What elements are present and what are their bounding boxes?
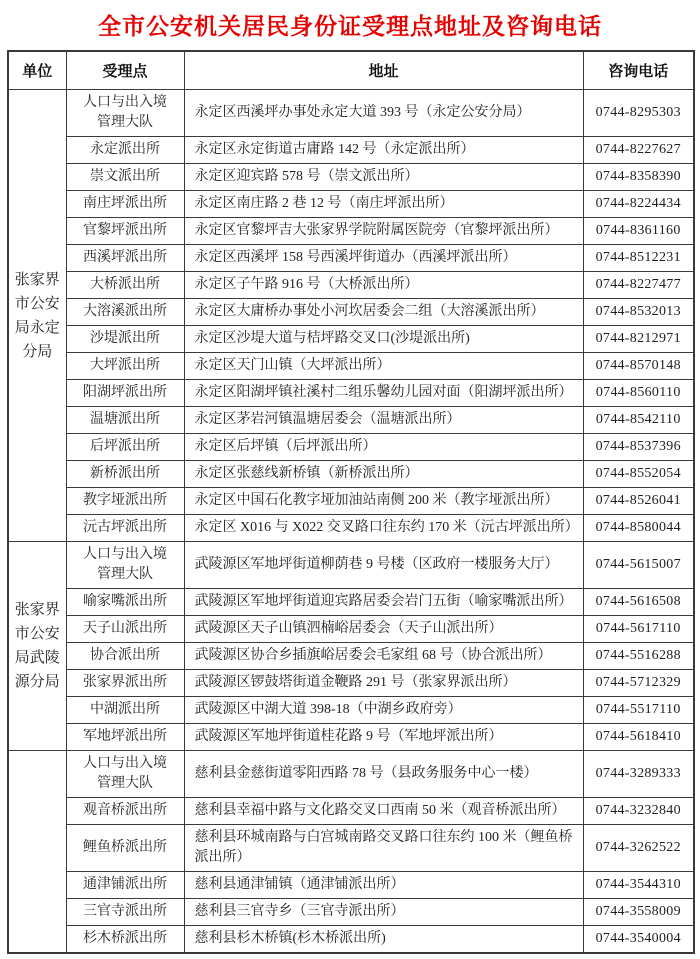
table-body: 张家界市公安局永定分局人口与出入境 管理大队永定区西溪坪办事处永定大道 393 … [8, 90, 694, 954]
address-cell: 永定区后坪镇（后坪派出所） [184, 434, 583, 461]
address-cell: 永定区西溪坪办事处永定大道 393 号（永定公安分局） [184, 90, 583, 137]
header-acceptance-point: 受理点 [66, 51, 184, 90]
phone-cell: 0744-8580044 [583, 515, 694, 542]
phone-cell: 0744-5618410 [583, 724, 694, 751]
phone-cell: 0744-8361160 [583, 218, 694, 245]
acceptance-point-cell: 人口与出入境 管理大队 [66, 751, 184, 798]
address-cell: 武陵源区军地坪街道桂花路 9 号（军地坪派出所） [184, 724, 583, 751]
table-row: 张家界市公安局武陵源分局人口与出入境 管理大队武陵源区军地坪街道柳荫巷 9 号楼… [8, 542, 694, 589]
page: 全市公安机关居民身份证受理点地址及咨询电话 单位 受理点 地址 咨询电话 张家界… [0, 0, 700, 959]
acceptance-point-cell: 永定派出所 [66, 137, 184, 164]
table-row: 崇文派出所永定区迎宾路 578 号（崇文派出所）0744-8358390 [8, 164, 694, 191]
address-cell: 永定区官黎坪吉大张家界学院附属医院旁（官黎坪派出所） [184, 218, 583, 245]
acceptance-point-cell: 军地坪派出所 [66, 724, 184, 751]
phone-cell: 0744-8532013 [583, 299, 694, 326]
acceptance-point-cell: 教字垭派出所 [66, 488, 184, 515]
address-cell: 武陵源区协合乡插旗峪居委会毛家组 68 号（协合派出所） [184, 643, 583, 670]
acceptance-point-cell: 天子山派出所 [66, 616, 184, 643]
acceptance-point-cell: 张家界派出所 [66, 670, 184, 697]
address-cell: 慈利县幸福中路与文化路交叉口西南 50 米（观音桥派出所） [184, 798, 583, 825]
phone-cell: 0744-8358390 [583, 164, 694, 191]
acceptance-point-cell: 沙堤派出所 [66, 326, 184, 353]
table-row: 张家界派出所武陵源区锣鼓塔街道金鞭路 291 号（张家界派出所）0744-571… [8, 670, 694, 697]
address-cell: 永定区南庄路 2 巷 12 号（南庄坪派出所） [184, 191, 583, 218]
phone-cell: 0744-8295303 [583, 90, 694, 137]
page-title: 全市公安机关居民身份证受理点地址及咨询电话 [7, 6, 693, 46]
table-row: 大坪派出所永定区天门山镇（大坪派出所）0744-8570148 [8, 353, 694, 380]
acceptance-point-cell: 鲤鱼桥派出所 [66, 825, 184, 872]
acceptance-point-cell: 大溶溪派出所 [66, 299, 184, 326]
address-cell: 永定区张慈线新桥镇（新桥派出所） [184, 461, 583, 488]
address-cell: 永定区茅岩河镇温塘居委会（温塘派出所） [184, 407, 583, 434]
address-cell: 永定区大庸桥办事处小河坎居委会二组（大溶溪派出所） [184, 299, 583, 326]
table-row: 大桥派出所永定区子午路 916 号（大桥派出所）0744-8227477 [8, 272, 694, 299]
acceptance-point-cell: 杉木桥派出所 [66, 926, 184, 954]
address-cell: 永定区沙堤大道与桔坪路交叉口(沙堤派出所) [184, 326, 583, 353]
table-row: 观音桥派出所慈利县幸福中路与文化路交叉口西南 50 米（观音桥派出所）0744-… [8, 798, 694, 825]
acceptance-point-cell: 大桥派出所 [66, 272, 184, 299]
header-phone: 咨询电话 [583, 51, 694, 90]
acceptance-point-cell: 官黎坪派出所 [66, 218, 184, 245]
table-row: 鲤鱼桥派出所慈利县环城南路与白宫城南路交叉路口往东约 100 米（鲤鱼桥派出所）… [8, 825, 694, 872]
table-row: 温塘派出所永定区茅岩河镇温塘居委会（温塘派出所）0744-8542110 [8, 407, 694, 434]
address-cell: 慈利县环城南路与白宫城南路交叉路口往东约 100 米（鲤鱼桥派出所） [184, 825, 583, 872]
address-cell: 慈利县金慈街道零阳西路 78 号（县政务服务中心一楼） [184, 751, 583, 798]
address-cell: 武陵源区天子山镇泗楠峪居委会（天子山派出所） [184, 616, 583, 643]
table-row: 军地坪派出所武陵源区军地坪街道桂花路 9 号（军地坪派出所）0744-56184… [8, 724, 694, 751]
phone-cell: 0744-5712329 [583, 670, 694, 697]
table-row: 张家界市公安局永定分局人口与出入境 管理大队永定区西溪坪办事处永定大道 393 … [8, 90, 694, 137]
header-address: 地址 [184, 51, 583, 90]
phone-cell: 0744-8537396 [583, 434, 694, 461]
address-cell: 武陵源区军地坪街道柳荫巷 9 号楼（区政府一楼服务大厅） [184, 542, 583, 589]
phone-cell: 0744-3544310 [583, 872, 694, 899]
acceptance-points-table: 单位 受理点 地址 咨询电话 张家界市公安局永定分局人口与出入境 管理大队永定区… [7, 50, 695, 954]
acceptance-point-cell: 人口与出入境 管理大队 [66, 542, 184, 589]
acceptance-point-cell: 崇文派出所 [66, 164, 184, 191]
acceptance-point-cell: 通津铺派出所 [66, 872, 184, 899]
address-cell: 武陵源区军地坪街道迎宾路居委会岩门五街（喻家嘴派出所） [184, 589, 583, 616]
phone-cell: 0744-8227627 [583, 137, 694, 164]
table-row: 新桥派出所永定区张慈线新桥镇（新桥派出所）0744-8552054 [8, 461, 694, 488]
phone-cell: 0744-8542110 [583, 407, 694, 434]
phone-cell: 0744-3558009 [583, 899, 694, 926]
table-row: 官黎坪派出所永定区官黎坪吉大张家界学院附属医院旁（官黎坪派出所）0744-836… [8, 218, 694, 245]
acceptance-point-cell: 喻家嘴派出所 [66, 589, 184, 616]
table-row: 喻家嘴派出所武陵源区军地坪街道迎宾路居委会岩门五街（喻家嘴派出所）0744-56… [8, 589, 694, 616]
acceptance-point-cell: 温塘派出所 [66, 407, 184, 434]
acceptance-point-cell: 后坪派出所 [66, 434, 184, 461]
table-row: 大溶溪派出所永定区大庸桥办事处小河坎居委会二组（大溶溪派出所）0744-8532… [8, 299, 694, 326]
phone-cell: 0744-8570148 [583, 353, 694, 380]
table-row: 杉木桥派出所慈利县杉木桥镇(杉木桥派出所)0744-3540004 [8, 926, 694, 954]
acceptance-point-cell: 大坪派出所 [66, 353, 184, 380]
phone-cell: 0744-8227477 [583, 272, 694, 299]
address-cell: 永定区天门山镇（大坪派出所） [184, 353, 583, 380]
table-row: 三官寺派出所慈利县三官寺乡（三官寺派出所）0744-3558009 [8, 899, 694, 926]
acceptance-point-cell: 南庄坪派出所 [66, 191, 184, 218]
address-cell: 慈利县杉木桥镇(杉木桥派出所) [184, 926, 583, 954]
phone-cell: 0744-3289333 [583, 751, 694, 798]
acceptance-point-cell: 协合派出所 [66, 643, 184, 670]
acceptance-point-cell: 沅古坪派出所 [66, 515, 184, 542]
phone-cell: 0744-8224434 [583, 191, 694, 218]
table-row: 后坪派出所永定区后坪镇（后坪派出所）0744-8537396 [8, 434, 694, 461]
address-cell: 慈利县通津铺镇（通津铺派出所） [184, 872, 583, 899]
address-cell: 永定区中国石化教字垭加油站南侧 200 米（教字垭派出所） [184, 488, 583, 515]
table-row: 南庄坪派出所永定区南庄路 2 巷 12 号（南庄坪派出所）0744-822443… [8, 191, 694, 218]
phone-cell: 0744-3540004 [583, 926, 694, 954]
address-cell: 永定区迎宾路 578 号（崇文派出所） [184, 164, 583, 191]
address-cell: 永定区阳湖坪镇社溪村二组乐馨幼儿园对面（阳湖坪派出所） [184, 380, 583, 407]
phone-cell: 0744-5617110 [583, 616, 694, 643]
table-row: 教字垭派出所永定区中国石化教字垭加油站南侧 200 米（教字垭派出所）0744-… [8, 488, 694, 515]
header-unit: 单位 [8, 51, 66, 90]
unit-cell: 张家界市公安局永定分局 [8, 90, 66, 542]
phone-cell: 0744-5517110 [583, 697, 694, 724]
phone-cell: 0744-5616508 [583, 589, 694, 616]
table-row: 永定派出所永定区永定街道古庸路 142 号（永定派出所）0744-8227627 [8, 137, 694, 164]
unit-cell: 张家界市公安局武陵源分局 [8, 542, 66, 751]
phone-cell: 0744-8552054 [583, 461, 694, 488]
phone-cell: 0744-5615007 [583, 542, 694, 589]
address-cell: 永定区 X016 与 X022 交叉路口往东约 170 米（沅古坪派出所） [184, 515, 583, 542]
acceptance-point-cell: 西溪坪派出所 [66, 245, 184, 272]
table-row: 沅古坪派出所永定区 X016 与 X022 交叉路口往东约 170 米（沅古坪派… [8, 515, 694, 542]
acceptance-point-cell: 中湖派出所 [66, 697, 184, 724]
table-row: 通津铺派出所慈利县通津铺镇（通津铺派出所）0744-3544310 [8, 872, 694, 899]
phone-cell: 0744-3232840 [583, 798, 694, 825]
address-cell: 永定区永定街道古庸路 142 号（永定派出所） [184, 137, 583, 164]
table-row: 西溪坪派出所永定区西溪坪 158 号西溪坪街道办（西溪坪派出所）0744-851… [8, 245, 694, 272]
unit-cell [8, 751, 66, 954]
acceptance-point-cell: 观音桥派出所 [66, 798, 184, 825]
table-row: 沙堤派出所永定区沙堤大道与桔坪路交叉口(沙堤派出所)0744-8212971 [8, 326, 694, 353]
phone-cell: 0744-8560110 [583, 380, 694, 407]
phone-cell: 0744-8212971 [583, 326, 694, 353]
acceptance-point-cell: 人口与出入境 管理大队 [66, 90, 184, 137]
address-cell: 慈利县三官寺乡（三官寺派出所） [184, 899, 583, 926]
table-row: 天子山派出所武陵源区天子山镇泗楠峪居委会（天子山派出所）0744-5617110 [8, 616, 694, 643]
table-row: 中湖派出所武陵源区中湖大道 398-18（中湖乡政府旁）0744-5517110 [8, 697, 694, 724]
address-cell: 武陵源区锣鼓塔街道金鞭路 291 号（张家界派出所） [184, 670, 583, 697]
phone-cell: 0744-3262522 [583, 825, 694, 872]
acceptance-point-cell: 三官寺派出所 [66, 899, 184, 926]
table-row: 阳湖坪派出所永定区阳湖坪镇社溪村二组乐馨幼儿园对面（阳湖坪派出所）0744-85… [8, 380, 694, 407]
phone-cell: 0744-8526041 [583, 488, 694, 515]
acceptance-point-cell: 阳湖坪派出所 [66, 380, 184, 407]
table-row: 协合派出所武陵源区协合乡插旗峪居委会毛家组 68 号（协合派出所）0744-55… [8, 643, 694, 670]
address-cell: 武陵源区中湖大道 398-18（中湖乡政府旁） [184, 697, 583, 724]
address-cell: 永定区西溪坪 158 号西溪坪街道办（西溪坪派出所） [184, 245, 583, 272]
acceptance-point-cell: 新桥派出所 [66, 461, 184, 488]
header-row: 单位 受理点 地址 咨询电话 [8, 51, 694, 90]
phone-cell: 0744-5516288 [583, 643, 694, 670]
phone-cell: 0744-8512231 [583, 245, 694, 272]
address-cell: 永定区子午路 916 号（大桥派出所） [184, 272, 583, 299]
table-row: 人口与出入境 管理大队慈利县金慈街道零阳西路 78 号（县政务服务中心一楼）07… [8, 751, 694, 798]
